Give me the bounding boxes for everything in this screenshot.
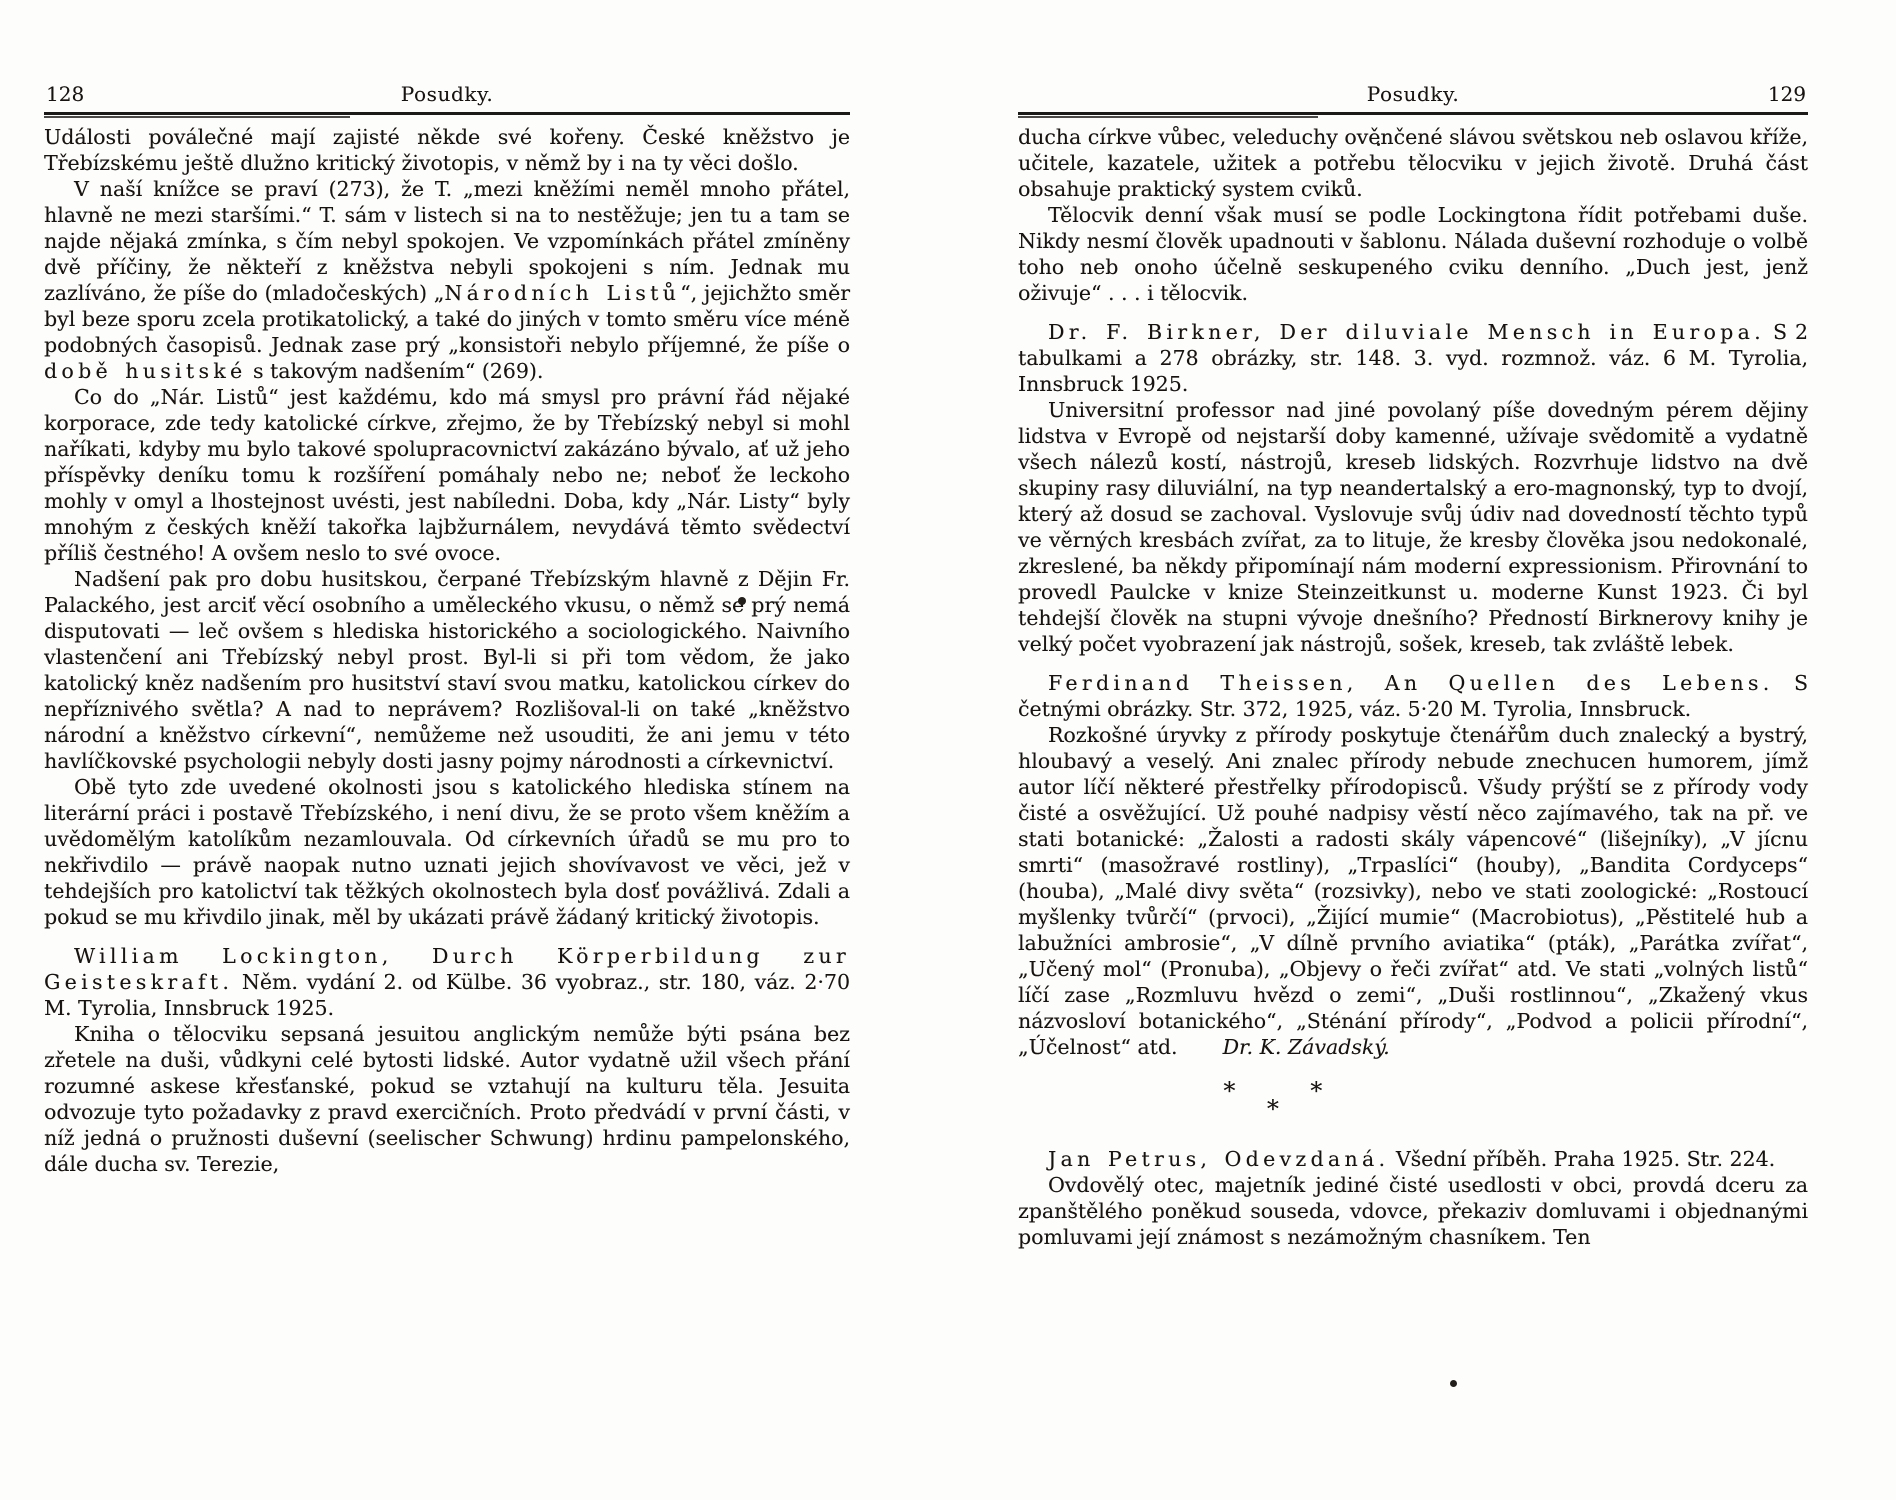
reviewer-signature: Dr. K. Závadský. [1223,1035,1390,1059]
text-run: Kniha o tělocviku sepsaná jesuitou angli… [44,1022,850,1176]
review-heading-paragraph: William Lockington, Durch Körperbildung … [44,943,850,1021]
text-run: Události poválečné mají zajisté někde sv… [44,125,850,175]
scan-speck [738,597,746,605]
asterisk: * [1223,1078,1235,1104]
body-paragraph: V naší knížce se praví (273), že T. „mez… [44,176,850,384]
scan-speck [1377,143,1380,146]
body-paragraph: Nadšení pak pro dobu husitskou, čerpané … [44,566,850,774]
text-run: Nadšení pak pro dobu husitskou, čerpané … [44,567,850,773]
page-129: Posudky. 129 ducha církve vůbec, veleduc… [1018,76,1808,1250]
header-rule [1018,112,1808,115]
page-header-left: 128 Posudky. [44,76,850,110]
text-run: Co do „Nár. Listů“ jest každému, kdo má … [44,385,850,565]
asterisk: * [1267,1096,1279,1122]
body-paragraph: Co do „Nár. Listů“ jest každému, kdo má … [44,384,850,566]
body-paragraph: Rozkošné úryvky z přírody poskytuje čten… [1018,722,1808,1060]
review-heading-paragraph: Ferdinand Theissen, An Quellen des Leben… [1018,670,1808,722]
review-heading-paragraph: Dr. F. Birkner, Der diluviale Mensch in … [1018,319,1808,397]
text-run: ducha církve vůbec, veleduchy ověnčené s… [1018,125,1808,201]
body-paragraph: Kniha o tělocviku sepsaná jesuitou angli… [44,1021,850,1177]
running-title: Posudky. [401,82,494,106]
body-paragraph: Ovdovělý otec, majetník jediné čisté use… [1018,1172,1808,1250]
body-paragraph: Obě tyto zde uvedené okolnosti jsou s ka… [44,774,850,930]
book-title-spaced: době husitské [44,359,246,383]
text-run: Obě tyto zde uvedené okolnosti jsou s ka… [44,775,850,929]
page-header-right: Posudky. 129 [1018,76,1808,110]
page-number: 128 [46,82,84,106]
text-run: Rozkošné úryvky z přírody poskytuje čten… [1018,723,1808,1059]
body-paragraph: Události poválečné mají zajisté někde sv… [44,124,850,176]
book-title-spaced: Dr. F. Birkner, Der diluviale Mensch in … [1048,320,1765,344]
book-title-spaced: Jan Petrus, Odevzdaná. [1048,1147,1389,1171]
scan-speck [1450,1380,1457,1387]
text-run: Tělocvik denní však musí se podle Lockin… [1018,203,1808,305]
running-title: Posudky. [1367,82,1460,106]
body-paragraph: Universitní professor nad jiné povolaný … [1018,397,1808,657]
header-rule [44,112,850,115]
text-run: Universitní professor nad jiné povolaný … [1018,398,1808,656]
body-paragraph: ducha církve vůbec, veleduchy ověnčené s… [1018,124,1808,202]
scanned-book-spread: { "document": { "pages": [ { "id": "left… [0,0,1896,1500]
page-number: 129 [1768,82,1806,106]
book-title-spaced: Národních Listů [444,281,680,305]
page-body: Události poválečné mají zajisté někde sv… [44,124,850,1177]
text-run: Ovdovělý otec, majetník jediné čisté use… [1018,1173,1808,1249]
body-paragraph: Jan Petrus, Odevzdaná. Všední příběh. Pr… [1018,1146,1808,1172]
body-paragraph: Tělocvik denní však musí se podle Lockin… [1018,202,1808,306]
text-run: Všední příběh. Praha 1925. Str. 224. [1389,1147,1775,1171]
book-title-spaced: Ferdinand Theissen, An Quellen des Leben… [1048,671,1774,695]
asterisk: * [1310,1078,1322,1104]
page-body: ducha církve vůbec, veleduchy ověnčené s… [1018,124,1808,1250]
text-run: s takovým nadšením“ (269). [246,359,543,383]
asterisk-separator: *** [1018,1060,1808,1146]
page-128: 128 Posudky. Události poválečné mají zaj… [44,76,850,1177]
